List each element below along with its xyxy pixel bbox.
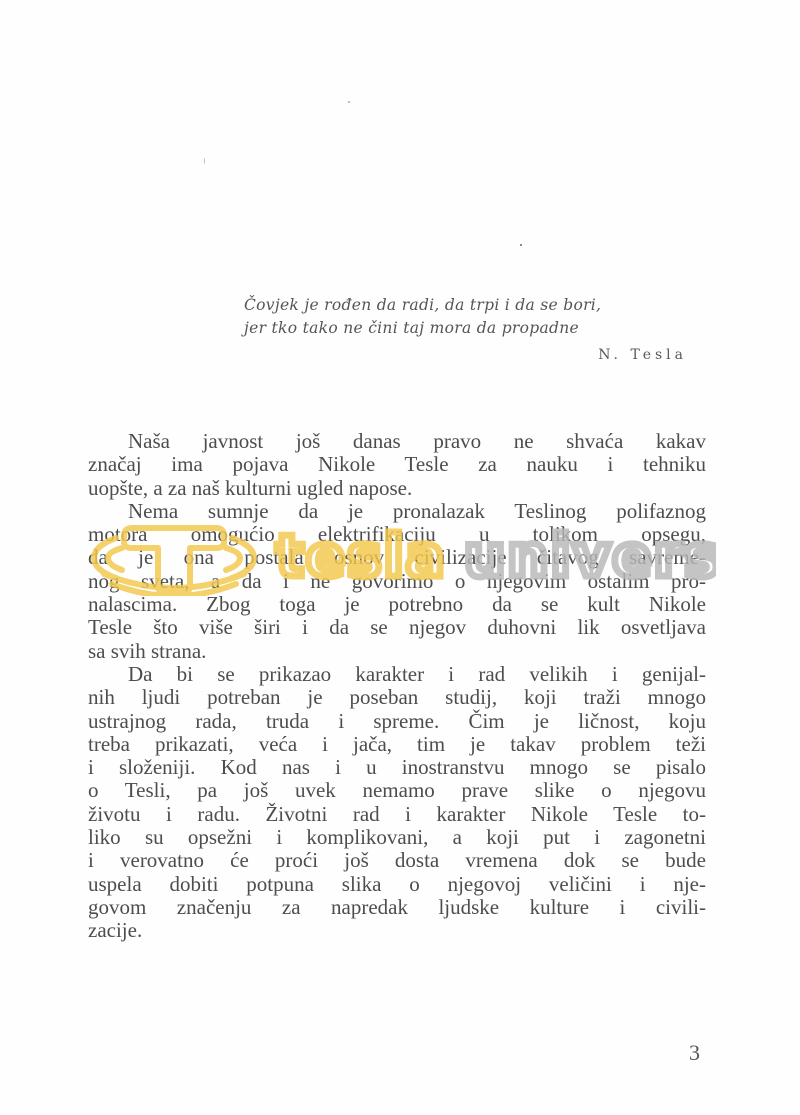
epigraph-author: N. Tesla	[244, 344, 699, 367]
body-line: i složeniji. Kod nas i u inostranstvu mn…	[88, 756, 706, 779]
body-line: o Tesli, pa još uvek nemamo prave slike …	[88, 779, 706, 802]
body-line: nog sveta, a da i ne govorimo o njegovim…	[88, 570, 706, 593]
body-line: značaj ima pojava Nikole Tesle za nauku …	[88, 453, 706, 476]
body-line: motora omogućio elektrifikaciju u toliko…	[88, 523, 706, 546]
body-line: govom značenju za napredak ljudske kultu…	[88, 896, 706, 919]
page-number: 3	[689, 1040, 700, 1066]
body-line: životu i radu. Životni rad i karakter Ni…	[88, 803, 706, 826]
body-line: liko su opsežni i komplikovani, a koji p…	[88, 826, 706, 849]
body-line: da je ona postala osnov civilizacije čit…	[88, 546, 706, 569]
body-line: treba prikazati, veća i jača, tim je tak…	[88, 733, 706, 756]
epigraph-line: jer tko tako ne čini taj mora da propadn…	[244, 317, 699, 340]
book-page: Čovjek je rođen da radi, da trpi i da se…	[0, 0, 800, 1115]
body-line: Nema sumnje da je pronalazak Teslinog po…	[88, 500, 706, 523]
scan-speck	[520, 244, 522, 246]
body-line: nih ljudi potreban je poseban studij, ko…	[88, 686, 706, 709]
body-line: uopšte, a za naš kulturni ugled napose.	[88, 477, 706, 500]
scan-speck	[204, 158, 205, 164]
epigraph-line: Čovjek je rođen da radi, da trpi i da se…	[244, 294, 699, 317]
body-line: Tesle što više širi i da se njegov duhov…	[88, 616, 706, 639]
body-line: Naša javnost još danas pravo ne shvaća k…	[88, 430, 706, 453]
body-line: zacije.	[88, 919, 706, 942]
body-text: Naša javnost još danas pravo ne shvaća k…	[88, 430, 706, 943]
body-line: sa svih strana.	[88, 640, 706, 663]
body-line: uspela dobiti potpuna slika o njegovoj v…	[88, 873, 706, 896]
scan-speck	[348, 101, 350, 103]
body-line: nalascima. Zbog toga je potrebno da se k…	[88, 593, 706, 616]
body-line: ustrajnog rada, truda i spreme. Čim je l…	[88, 710, 706, 733]
body-line: Da bi se prikazao karakter i rad velikih…	[88, 663, 706, 686]
body-line: i verovatno će proći još dosta vremena d…	[88, 849, 706, 872]
epigraph: Čovjek je rođen da radi, da trpi i da se…	[244, 294, 699, 367]
